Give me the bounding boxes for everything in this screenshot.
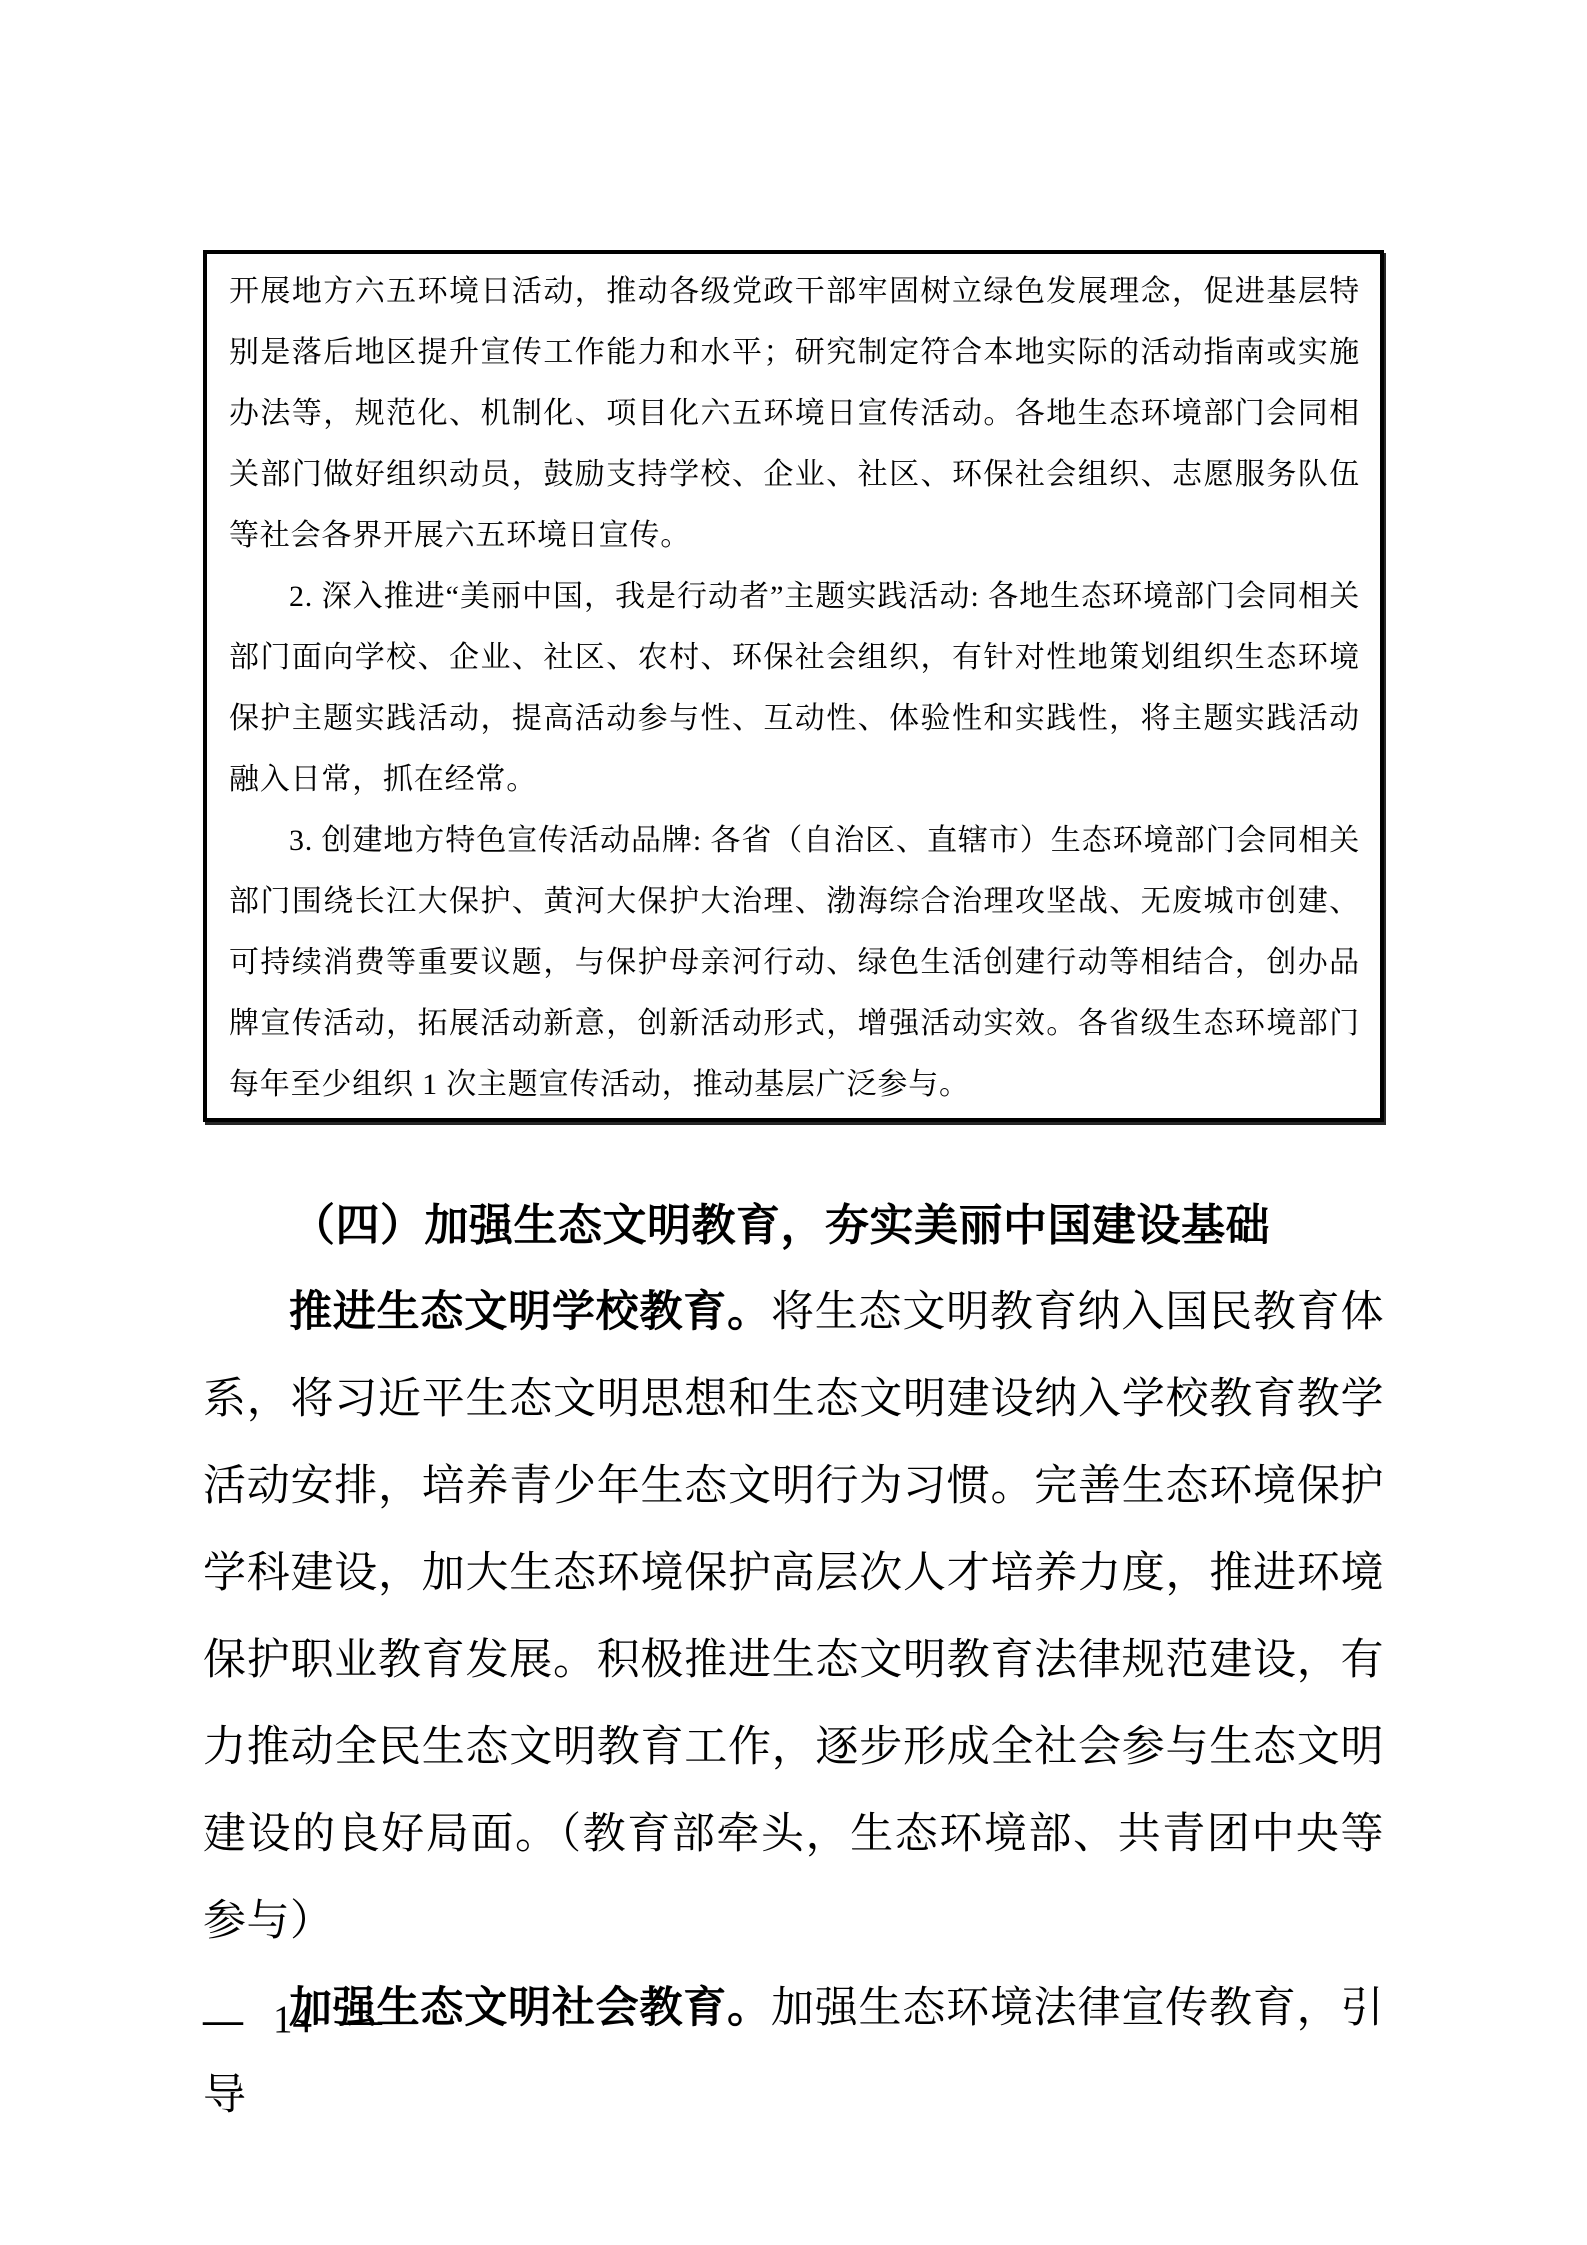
section-paragraph-school-education: 推进生态文明学校教育。将生态文明教育纳入国民教育体系，将习近平生态文明思想和生态… [203,1269,1384,1965]
section-paragraph-social-education: 加强生态文明社会教育。加强生态环境法律宣传教育，引导 [203,1965,1384,2139]
footer-dash-right: — [342,1998,382,2042]
page-number: 14 [273,1998,312,2042]
page-footer: — 14 — [203,1998,382,2042]
box-paragraph-3: 3. 创建地方特色宣传活动品牌: 各省（自治区、直辖市）生态环境部门会同相关部门… [229,810,1360,1115]
boxed-text-block: 开展地方六五环境日活动，推动各级党政干部牢固树立绿色发展理念，促进基层特别是落后… [203,250,1384,1122]
box-paragraph-2: 2. 深入推进“美丽中国，我是行动者”主题实践活动: 各地生态环境部门会同相关部… [229,566,1360,810]
paragraph-lead-school-education: 推进生态文明学校教育。 [289,1288,771,1336]
document-page: 开展地方六五环境日活动，推动各级党政干部牢固树立绿色发展理念，促进基层特别是落后… [0,0,1587,2245]
paragraph-body-school-education: 将生态文明教育纳入国民教育体系，将习近平生态文明思想和生态文明建设纳入学校教育教… [203,1289,1384,1945]
section-heading: （四）加强生态文明教育，夯实美丽中国建设基础 [203,1182,1384,1269]
box-paragraph-1: 开展地方六五环境日活动，推动各级党政干部牢固树立绿色发展理念，促进基层特别是落后… [229,261,1360,566]
section-ecological-civilization-education: （四）加强生态文明教育，夯实美丽中国建设基础 推进生态文明学校教育。将生态文明教… [203,1182,1384,2139]
footer-dash-left: — [203,1998,243,2042]
